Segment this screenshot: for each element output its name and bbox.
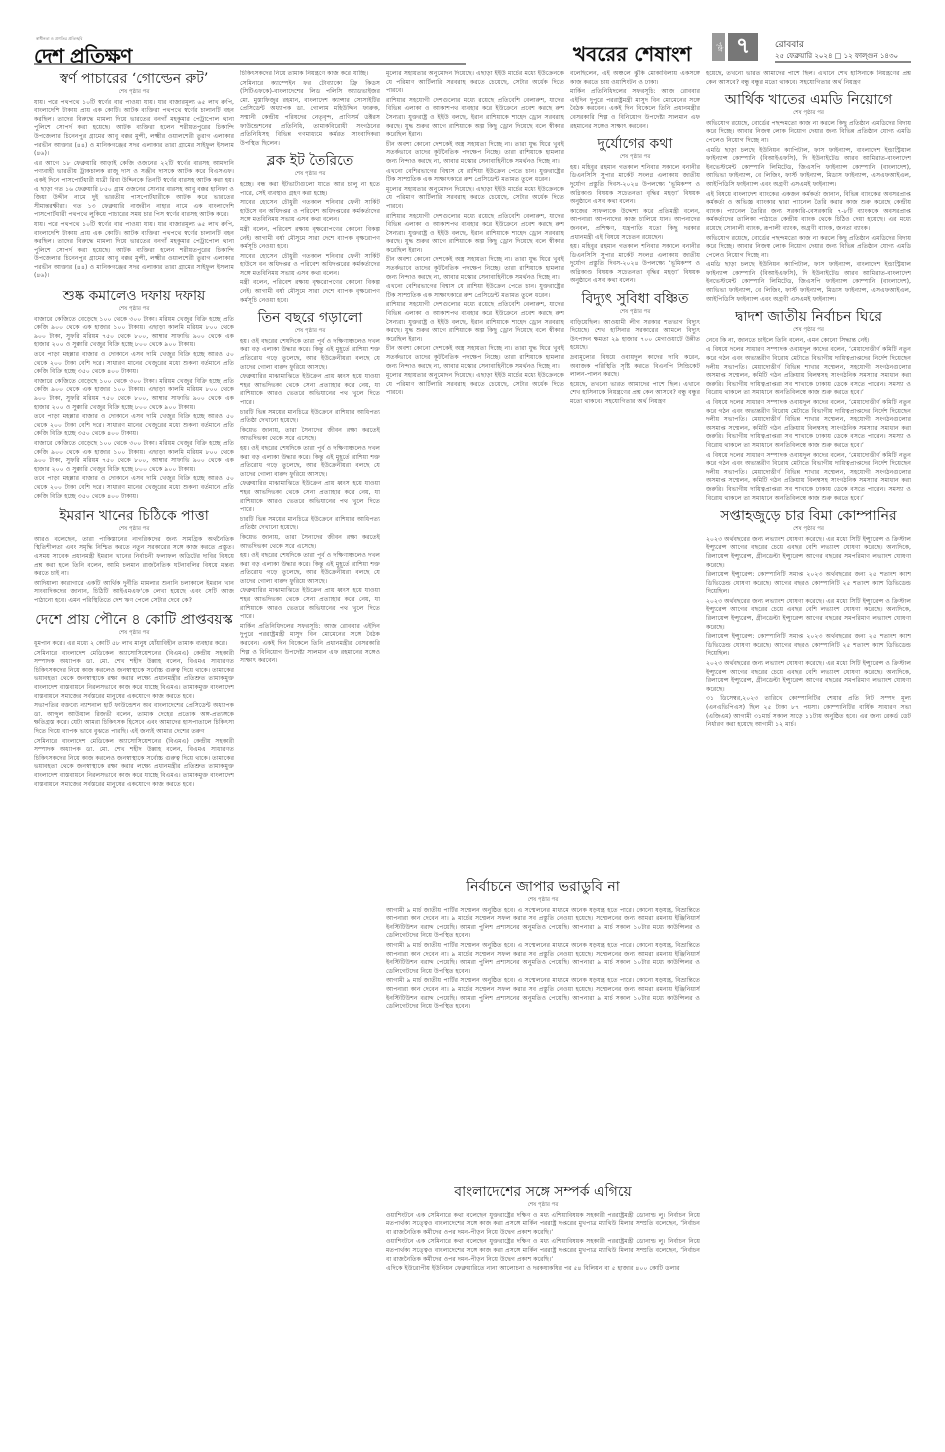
headline: দ্বাদশ জাতীয় নির্বাচন ঘিরে xyxy=(706,308,911,326)
paragraph: বাড়িয়েছিল। আওয়ামী লীগ সরকার শতভাগ বিদ… xyxy=(570,319,700,353)
headline: দুর্যোগের কথা xyxy=(570,135,700,153)
paragraph: আগামী ৯ মার্চ জাতীয় পার্টির সম্মেলন অনু… xyxy=(386,942,700,976)
headline: ব্লক ইট তৈরিতে xyxy=(240,152,380,170)
continued-label: শেষ পৃষ্ঠার পর xyxy=(706,525,911,534)
paragraph: এ বিষয়ে দলের সাধারণ সম্পাদক ওবায়দুল কা… xyxy=(706,399,911,451)
paragraph: চারটি ভিন্ন সময়ের মানচিত্রে ইউক্রেনে রা… xyxy=(240,409,380,426)
headline: তিন বছরে গড়ালো xyxy=(240,309,380,327)
paragraph: দ্রব্যমূল্যের বিষয়ে ওবায়দুল কাদের দাবি… xyxy=(570,354,700,380)
paragraph: আরও বলেছেন, তারা পাকিস্তানের নাগরিকদের জ… xyxy=(34,536,234,579)
paragraph: ৩১ ডিসেম্বর,২০২৩ তারিখে কোম্পানিটির শেয়… xyxy=(706,695,911,729)
paragraph: হয়েছে, তখনো ভারত আমাদের পাশে ছিল। এখানে… xyxy=(706,70,911,87)
headline: দেশে প্রায় পৌনে ৪ কোটি প্রাপ্তবয়স্ক xyxy=(34,611,234,629)
paragraph: হয়। মহিবুর রহমান গতকাল শনিবার সকালে বনা… xyxy=(570,164,700,207)
paragraph: এদিকে ইউরোপীয় ইউনিয়ন ফেব্রুয়ারিতে নান… xyxy=(386,1265,700,1274)
article-imran-khan: ইমরান খানের চিঠিকে পাত্তা শেষ পৃষ্ঠার পর… xyxy=(34,507,234,605)
masthead-rule-right xyxy=(775,61,911,63)
continued-label: শেষ পৃষ্ঠার পর xyxy=(34,88,234,97)
paragraph: ওয়াশিংটনে এক সেমিনারে কথা বলেছেন যুক্তর… xyxy=(386,1238,700,1264)
headline: ইমরান খানের চিঠিকে পাত্তা xyxy=(34,507,234,525)
article-gold-smuggling: স্বর্ণ পাচারের ‘গোল্ডেন রুট’ শেষ পৃষ্ঠার… xyxy=(34,70,234,281)
masthead: স্বাধীনতা ও প্রগতির প্রতিচ্ছবি দেশ প্রতি… xyxy=(0,0,945,48)
paragraph: আগামী ৯ মার্চ জাতীয় পার্টির সম্মেলন অনু… xyxy=(386,977,700,1011)
continued-label: শেষ পৃষ্ঠার পর xyxy=(34,305,234,314)
article-md-appointment: আর্থিক খাতের এমডি নিয়োগে শেষ পৃষ্ঠার পর… xyxy=(706,91,911,304)
column-3-upper: মূল্যের সহায়তার অনুমোদন দিয়েছে। এছাড়া… xyxy=(386,70,564,870)
paragraph: এমডি ছাড়া চলছে ইউনিয়ন ক্যাপিটাল, ফাস ফ… xyxy=(706,261,911,304)
paragraph: ফেব্রুয়ারির মাঝামাঝিতে ইউক্রেন প্রায় ধ… xyxy=(240,373,380,407)
article-disaster: দুর্যোগের কথা শেষ পৃষ্ঠার পর হয়। মহিবুর… xyxy=(570,135,700,286)
paragraph: মূল্যের সহায়তার অনুমোদন দিয়েছে। এছাড়া… xyxy=(386,186,564,212)
paragraph: এখনো বেশিরভাগের বিশ্বাস যে রাশিয়া ইউক্র… xyxy=(386,283,564,300)
paragraph: হয়। ওই বছরের শেষদিকে তারা পূর্ব ও দক্ষি… xyxy=(240,445,380,479)
paragraph: ওয়াশিংটনে এক সেমিনারে কথা বলেছেন যুক্তর… xyxy=(386,1212,700,1238)
paragraph: ফেব্রুয়ারির মাঝামাঝিতে ইউক্রেন প্রায় ধ… xyxy=(240,587,380,621)
paragraph: মন্ত্রী বলেন, পরিবেশ রক্ষায় বৃক্ষরোপণের… xyxy=(240,279,380,305)
paragraph: মার্কিন প্রতিনিধিদলের সফরসূচি: আজ রোববার… xyxy=(570,88,700,131)
paragraph: চিকিৎসকদের নিয়ে তামাক নিয়ন্ত্রণে কাজ ক… xyxy=(240,70,380,79)
paragraph: ২০২৩ অর্থবছরের জন্য লভ্যাংশ ঘোষণা করেছে।… xyxy=(706,660,911,694)
page-number: ৭ xyxy=(728,33,758,61)
paragraph: সাবের হোসেন চৌধুরী গতকাল শনিবার ফেনী সার… xyxy=(240,199,380,225)
paragraph: যায়। পরে পথপথে ১০টি স্বর্ণের বার পাওয়া… xyxy=(34,99,234,159)
headline: বিদ্যুৎ সুবিধা বঞ্চিত xyxy=(570,290,700,308)
paragraph: আগামী ৯ মার্চ জাতীয় পার্টির সম্মেলন অনু… xyxy=(386,907,700,941)
column-right: হয়েছে, তখনো ভারত আমাদের পাশে ছিল। এখানে… xyxy=(706,70,911,1405)
paragraph: রিলায়েন্স ইন্স্যুরেন্স: কোম্পানিটি সমাপ… xyxy=(706,571,911,597)
paragraph: হয়। ওই বছরের শেষদিকে তারা পূর্ব ও দক্ষি… xyxy=(240,552,380,586)
paragraph: আদিয়ালা কারাগারে একটি আর্থিক দুর্নীতি ম… xyxy=(34,580,234,606)
article-block-bricks: ব্লক ইট তৈরিতে শেষ পৃষ্ঠার পর হচ্ছে। বন্… xyxy=(240,152,380,305)
continued-label: শেষ পৃষ্ঠার পর xyxy=(34,629,234,638)
article-three-years: তিন বছরে গড়ালো শেষ পৃষ্ঠার পর হয়। ওই ব… xyxy=(240,309,380,666)
continued-label: শেষ পৃষ্ঠার পর xyxy=(706,326,911,335)
article-us-relations: বাংলাদেশের সঙ্গে সম্পর্ক এগিয়ে শেষ পৃষ্… xyxy=(386,1183,700,1405)
section-title: খবরের শেষাংশ xyxy=(573,40,692,73)
paragraph: চীন অবশ্য কোনো দেশকেই অস্ত্র সহায়তা দিচ… xyxy=(386,345,564,371)
article-insurance: সপ্তাহজুড়ে চার বিমা কোম্পানির শেষ পৃষ্ঠ… xyxy=(706,507,911,730)
paragraph: হয়েছে, তখনো ভারত আমাদের পাশে ছিল। এখানে… xyxy=(570,381,700,407)
headline: স্বর্ণ পাচারের ‘গোল্ডেন রুট’ xyxy=(34,70,234,88)
paragraph: ২০২৩ অর্থবছরের জন্য লভ্যাংশ ঘোষণা করেছে।… xyxy=(706,536,911,570)
paragraph: যায়। পরে পথপথে ১০টি স্বর্ণের বার পাওয়া… xyxy=(34,221,234,281)
paragraph: সেমিনারে বাংলাদেশ মেডিকেল অ্যাসোসিয়েশনে… xyxy=(34,738,234,790)
paragraph: বলেছিলেন, এই অঞ্চলে ঝুঁকি মোকাবিলায় একস… xyxy=(570,70,700,87)
headline: শুষ্ক কমালেও দফায় দফায় xyxy=(34,287,234,305)
paragraph: সেমিনারে ক্যাম্পেইন ফর টোব্যাকো ফ্রি কিড… xyxy=(240,80,380,149)
headline: বাংলাদেশের সঙ্গে সম্পর্ক এগিয়ে xyxy=(386,1183,700,1201)
paragraph: রাশিয়ার সহযোগী দেশগুলোর মধ্যে রয়েছে প্… xyxy=(386,301,564,344)
paragraph: মার্কিন প্রতিনিধিদলের সফরসূচি: আজ রোববার… xyxy=(240,623,380,666)
paragraph: মন্ত্রী বলেন, পরিবেশ রক্ষায় বৃক্ষরোপণের… xyxy=(240,226,380,252)
continued-label: শেষ পৃষ্ঠার পর xyxy=(570,308,700,317)
paragraph: ২০২৩ অর্থবছরের জন্য লভ্যাংশ ঘোষণা করেছে।… xyxy=(706,598,911,632)
paragraph: অভিযোগ রয়েছে, বোর্ডের পছন্দমতো কাজ না ক… xyxy=(706,235,911,261)
page-label: পৃষ্ঠা xyxy=(712,33,725,61)
paragraph: কিয়েভ জানায়, তারা সৈন্যদের জীবন রক্ষা … xyxy=(240,427,380,444)
continued-label: শেষ পৃষ্ঠার পর xyxy=(240,170,380,179)
paragraph: নেবে কি না, জানতে চাইলে তিনি বলেন, এমন ক… xyxy=(706,337,911,346)
paragraph: রাশিয়ার সহযোগী দেশগুলোর মধ্যে রয়েছে প্… xyxy=(386,213,564,256)
paragraph: সভাপতির বক্তব্যে ন্যাশনাল হার্ট ফাউন্ডেশ… xyxy=(34,702,234,736)
continued-label: শেষ পৃষ্ঠার পর xyxy=(386,896,700,905)
column-2: চিকিৎসকদের নিয়ে তামাক নিয়ন্ত্রণে কাজ ক… xyxy=(240,70,380,1405)
paragraph: চীন অবশ্য কোনো দেশকেই অস্ত্র সহায়তা দিচ… xyxy=(386,141,564,167)
paragraph: মূল্যের সহায়তার অনুমোদন দিয়েছে। এছাড়া… xyxy=(386,372,564,398)
paragraph: সাবের হোসেন চৌধুরী গতকাল শনিবার ফেনী সার… xyxy=(240,253,380,279)
paragraph: তবে পাড়া মহল্লার বাজার ও দোকানে এসব দাম… xyxy=(34,475,234,501)
paragraph: তবে পাড়া মহল্লার বাজার ও দোকানে এসব দাম… xyxy=(34,351,234,377)
paragraph: মূল্যের সহায়তার অনুমোদন দিয়েছে। এছাড়া… xyxy=(386,70,564,96)
paragraph: বাজারে কেজিতে বেড়েছে ১০০ থেকে ৩০০ টাকা।… xyxy=(34,440,234,474)
paragraph: এখনো বেশিরভাগের বিশ্বাস যে রাশিয়া ইউক্র… xyxy=(386,168,564,185)
paragraph: চীন অবশ্য কোনো দেশকেই অস্ত্র সহায়তা দিচ… xyxy=(386,256,564,282)
paragraph: এ বিষয়ে দলের সাধারণ সম্পাদক ওবায়দুল কা… xyxy=(706,346,911,398)
article-japa: নির্বাচনে জাপার ভরাডুবি না শেষ পৃষ্ঠার প… xyxy=(386,878,700,1178)
headline: সপ্তাহজুড়ে চার বিমা কোম্পানির xyxy=(706,507,911,525)
paragraph: কিয়েভ জানায়, তারা সৈন্যদের জীবন রক্ষা … xyxy=(240,534,380,551)
column-left: স্বর্ণ পাচারের ‘গোল্ডেন রুট’ শেষ পৃষ্ঠার… xyxy=(34,70,234,1405)
paragraph: বাজারে কেজিতে বেড়েছে ১০০ থেকে ৩০০ টাকা।… xyxy=(34,378,234,412)
continued-label: শেষ পৃষ্ঠার পর xyxy=(570,153,700,162)
article-dates-tariff: শুষ্ক কমালেও দফায় দফায় শেষ পৃষ্ঠার পর … xyxy=(34,287,234,501)
masthead-rule-left xyxy=(34,63,466,65)
paragraph: অভিযোগ রয়েছে, বোর্ডের পছন্দমতো কাজ না ক… xyxy=(706,120,911,146)
continued-label: শেষ পৃষ্ঠার পর xyxy=(240,327,380,336)
paragraph: চারটি ভিন্ন সময়ের মানচিত্রে ইউক্রেনে রা… xyxy=(240,516,380,533)
headline: নির্বাচনে জাপার ভরাডুবি না xyxy=(386,878,700,896)
paragraph: বাজারে কেজিতে বেড়েছে ১০০ থেকে ৩০০ টাকা।… xyxy=(34,316,234,350)
column-4-upper: বলেছিলেন, এই অঞ্চলে ঝুঁকি মোকাবিলায় একস… xyxy=(570,70,700,870)
paragraph: হচ্ছে। বন্ধ করা ইটভাটাগুলো যাতে আর চালু … xyxy=(240,181,380,198)
paragraph: রাশিয়ার সহযোগী দেশগুলোর মধ্যে রয়েছে প্… xyxy=(386,97,564,140)
paragraph: সেমিনারে বাংলাদেশ মেডিকেল অ্যাসোসিয়েশনে… xyxy=(34,650,234,702)
article-national-election: দ্বাদশ জাতীয় নির্বাচন ঘিরে শেষ পৃষ্ঠার … xyxy=(706,308,911,503)
paragraph: এর আগে ১৮ ফেব্রুয়ারি আড়াই কেজি ওজনের ২… xyxy=(34,160,234,220)
continued-label: শেষ পৃষ্ঠার পর xyxy=(706,109,911,118)
paragraph: এই বিষয়ে বাংলাদেশ ব্যাংকের একজন কর্মকর্… xyxy=(706,191,911,234)
article-electricity: বিদ্যুৎ সুবিধা বঞ্চিত শেষ পৃষ্ঠার পর বাড… xyxy=(570,290,700,407)
paragraph: এমডি ছাড়া চলছে ইউনিয়ন ক্যাপিটাল, ফাস ফ… xyxy=(706,147,911,190)
headline: আর্থিক খাতের এমডি নিয়োগে xyxy=(706,91,911,109)
paragraph: তবে পাড়া মহল্লার বাজার ও দোকানে এসব দাম… xyxy=(34,413,234,439)
paragraph: হয়। মহিবুর রহমান গতকাল শনিবার সকালে বনা… xyxy=(570,243,700,286)
paragraph: কাজের সাফল্যকে উদ্দেশ্য করে প্রতিমন্ত্রী… xyxy=(570,208,700,242)
continued-label: শেষ পৃষ্ঠার পর xyxy=(386,1201,700,1210)
continued-label: শেষ পৃষ্ঠার পর xyxy=(34,525,234,534)
paragraph: ফেব্রুয়ারির মাঝামাঝিতে ইউক্রেন প্রায় ধ… xyxy=(240,480,380,514)
paragraph: এ বিষয়ে দলের সাধারণ সম্পাদক ওবায়দুল কা… xyxy=(706,452,911,504)
paragraph: রিলায়েন্স ইন্স্যুরেন্স: কোম্পানিটি সমাপ… xyxy=(706,633,911,659)
article-adult-smokers: দেশে প্রায় পৌনে ৪ কোটি প্রাপ্তবয়স্ক শে… xyxy=(34,611,234,789)
paragraph: হয়। ওই বছরের শেষদিকে তারা পূর্ব ও দক্ষি… xyxy=(240,338,380,372)
paragraph: ধূমপান করে। এর মধ্যে ২ কোটি ৫৮ লাখ মানুষ… xyxy=(34,640,234,649)
